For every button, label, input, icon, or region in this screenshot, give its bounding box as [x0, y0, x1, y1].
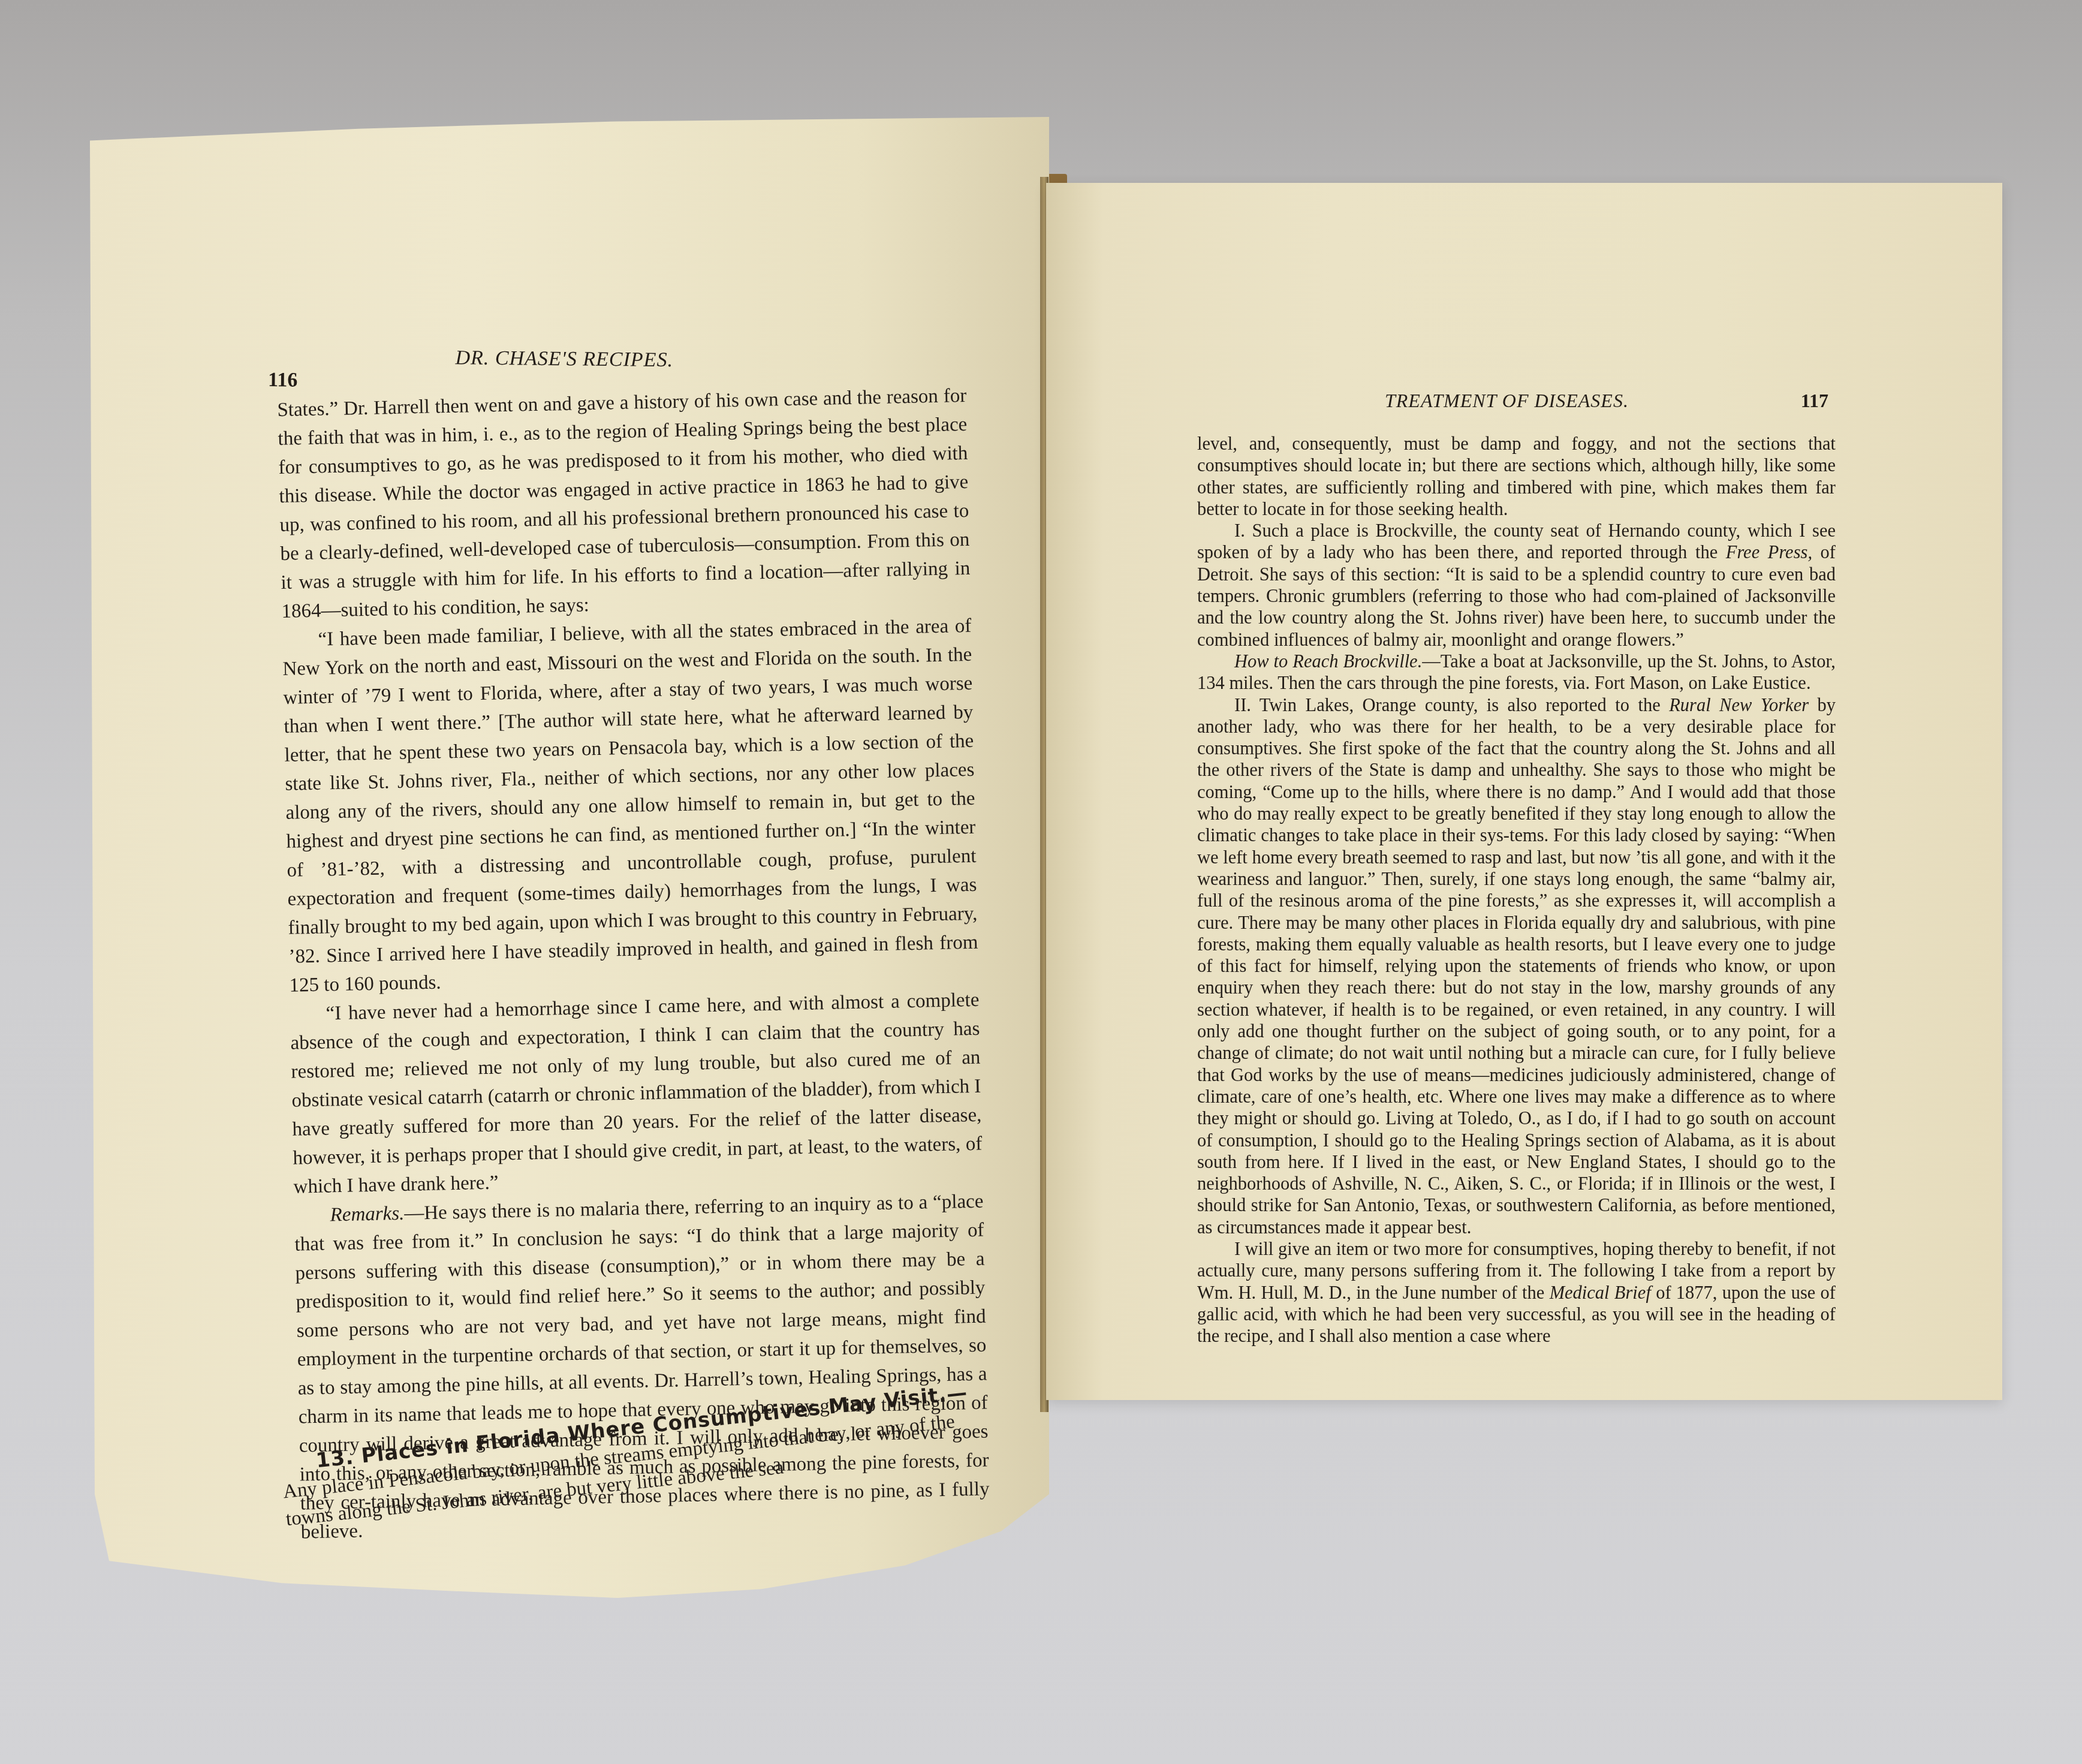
remarks-label: Remarks.	[330, 1203, 404, 1226]
paragraph: “I have never had a hemorrhage since I c…	[290, 986, 983, 1202]
paragraph-gallic-acid: I will give an item or two more for cons…	[1197, 1238, 1836, 1347]
running-head-right: TREATMENT OF DISEASES.	[1385, 390, 1629, 412]
paragraph: “I have been made familiar, I believe, w…	[282, 612, 979, 1000]
paragraph-brockville: I. Such a place is Brockville, the count…	[1197, 520, 1836, 651]
page-number-left: 116	[268, 369, 298, 392]
publication-name: Free Press,	[1726, 542, 1812, 562]
right-page-body: level, and, consequently, must be damp a…	[1197, 433, 1836, 1347]
paragraph: States.” Dr. Harrell then went on and ga…	[277, 381, 971, 626]
right-page-header: TREATMENT OF DISEASES. 117	[1199, 390, 1828, 420]
publication-name: Rural New Yorker	[1669, 695, 1809, 715]
publication-name: Medical Brief	[1550, 1283, 1651, 1303]
left-page-body: States.” Dr. Harrell then went on and ga…	[277, 381, 990, 1547]
running-head-left: DR. CHASE'S RECIPES.	[455, 347, 673, 372]
page-number-right: 117	[1801, 390, 1828, 412]
paragraph: level, and, consequently, must be damp a…	[1197, 433, 1836, 520]
subheading: How to Reach Brockville.	[1234, 651, 1422, 672]
paragraph-twin-lakes: II. Twin Lakes, Orange county, is also r…	[1197, 694, 1836, 1238]
text: by another lady, who was there for her h…	[1197, 695, 1836, 1238]
text: II. Twin Lakes, Orange county, is also r…	[1234, 695, 1669, 715]
paragraph-how-to-reach: How to Reach Brockville.—Take a boat at …	[1197, 651, 1836, 694]
